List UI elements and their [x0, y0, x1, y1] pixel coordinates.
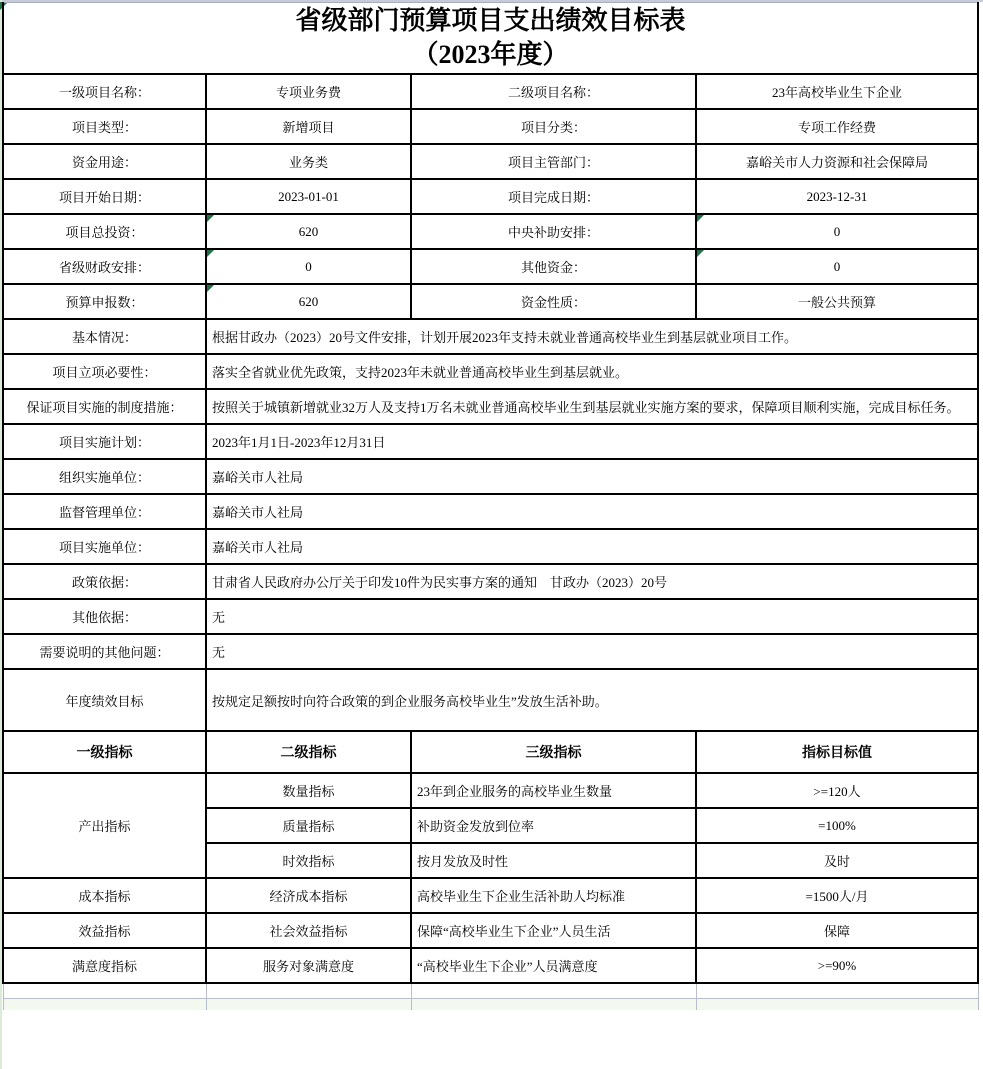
- indicator-level1-cell: 产出指标: [3, 773, 206, 878]
- info-label-cell: 项目开始日期：: [3, 179, 206, 214]
- info-label-cell: 省级财政安排：: [3, 249, 206, 284]
- info-value-cell: 23年高校毕业生下企业: [696, 74, 978, 109]
- indicator-target-cell: =1500人/月: [696, 878, 978, 913]
- info-label-cell: 项目总投资：: [3, 214, 206, 249]
- detail-label-cell: 监督管理单位：: [3, 494, 206, 529]
- indicator-level3-cell: 高校毕业生下企业生活补助人均标准: [411, 878, 696, 913]
- info-value-cell: 620: [206, 214, 411, 249]
- indicator-target-cell: >=120人: [696, 773, 978, 808]
- table-row: 项目立项必要性： 落实全省就业优先政策，支持2023年未就业普通高校毕业生到基层…: [3, 354, 978, 389]
- detail-label-cell: 项目实施计划：: [3, 424, 206, 459]
- title-line2: （2023年度）: [7, 38, 974, 72]
- indicator-row: 满意度指标 服务对象满意度 “高校毕业生下企业”人员满意度 >=90%: [3, 948, 978, 983]
- empty-cell: [3, 983, 206, 999]
- indicator-level2-cell: 服务对象满意度: [206, 948, 411, 983]
- cell-value: 0: [834, 259, 841, 274]
- indicator-level1-cell: 效益指标: [3, 913, 206, 948]
- spreadsheet-page: { "title": { "line1": "省级部门预算项目支出绩效目标表",…: [0, 0, 983, 1069]
- indicator-row: 产出指标 数量指标 23年到企业服务的高校毕业生数量 >=120人: [3, 773, 978, 808]
- title-line1: 省级部门预算项目支出绩效目标表: [7, 4, 974, 38]
- info-value-cell: 专项业务费: [206, 74, 411, 109]
- detail-value-cell: 嘉峪关市人社局: [206, 529, 978, 564]
- info-value-cell: 0: [696, 249, 978, 284]
- indicator-level3-cell: “高校毕业生下企业”人员满意度: [411, 948, 696, 983]
- info-label-cell: 项目完成日期：: [411, 179, 696, 214]
- detail-label-cell: 项目立项必要性：: [3, 354, 206, 389]
- table-row: 资金用途： 业务类 项目主管部门： 嘉峪关市人力资源和社会保障局: [3, 144, 978, 179]
- detail-value-cell: 根据甘政办（2023）20号文件安排，计划开展2023年支持未就业普通高校毕业生…: [206, 319, 978, 354]
- indicator-level2-cell: 经济成本指标: [206, 878, 411, 913]
- info-label-cell: 资金用途：: [3, 144, 206, 179]
- table-row: 一级项目名称： 专项业务费 二级项目名称： 23年高校毕业生下企业: [3, 74, 978, 109]
- cell-value: 0: [305, 259, 312, 274]
- empty-cell: [411, 999, 696, 1011]
- indicator-header-cell: 一级指标: [3, 731, 206, 773]
- cell-error-marker-icon: [697, 250, 704, 257]
- indicator-level3-cell: 23年到企业服务的高校毕业生数量: [411, 773, 696, 808]
- table-row: 项目总投资： 620 中央补助安排： 0: [3, 214, 978, 249]
- cell-value: 620: [299, 294, 319, 309]
- empty-cell: [411, 983, 696, 999]
- info-value-cell: 0: [696, 214, 978, 249]
- info-label-cell: 其他资金：: [411, 249, 696, 284]
- detail-label-cell: 组织实施单位：: [3, 459, 206, 494]
- detail-value-cell: 无: [206, 634, 978, 669]
- annual-goal-row: 年度绩效目标 按规定足额按时向符合政策的到企业服务高校毕业生”发放生活补助。: [3, 669, 978, 731]
- table-row: 政策依据： 甘肃省人民政府办公厅关于印发10件为民实事方案的通知 甘政办（202…: [3, 564, 978, 599]
- empty-cell: [206, 999, 411, 1011]
- indicator-header-cell: 指标目标值: [696, 731, 978, 773]
- indicator-row: 效益指标 社会效益指标 保障“高校毕业生下企业”人员生活 保障: [3, 913, 978, 948]
- info-label-cell: 中央补助安排：: [411, 214, 696, 249]
- table-row: 项目实施计划： 2023年1月1日-2023年12月31日: [3, 424, 978, 459]
- indicator-row: 成本指标 经济成本指标 高校毕业生下企业生活补助人均标准 =1500人/月: [3, 878, 978, 913]
- indicator-level2-cell: 社会效益指标: [206, 913, 411, 948]
- detail-value-cell: 甘肃省人民政府办公厅关于印发10件为民实事方案的通知 甘政办（2023）20号: [206, 564, 978, 599]
- info-value-cell: 2023-12-31: [696, 179, 978, 214]
- indicator-level2-cell: 质量指标: [206, 808, 411, 843]
- info-value-cell: 2023-01-01: [206, 179, 411, 214]
- info-label-cell: 二级项目名称：: [411, 74, 696, 109]
- page-title: 省级部门预算项目支出绩效目标表 （2023年度）: [3, 3, 978, 75]
- indicator-header-row: 一级指标 二级指标 三级指标 指标目标值: [3, 731, 978, 773]
- info-label-cell: 项目分类：: [411, 109, 696, 144]
- goal-label-cell: 年度绩效目标: [3, 669, 206, 731]
- cell-error-marker-icon: [207, 285, 214, 292]
- cell-value: 0: [834, 224, 841, 239]
- budget-performance-table-container: 省级部门预算项目支出绩效目标表 （2023年度） 一级项目名称： 专项业务费 二…: [2, 2, 979, 1010]
- indicator-level1-cell: 成本指标: [3, 878, 206, 913]
- indicator-header-cell: 三级指标: [411, 731, 696, 773]
- table-row: 监督管理单位： 嘉峪关市人社局: [3, 494, 978, 529]
- empty-cell: [696, 999, 978, 1011]
- detail-label-cell: 保证项目实施的制度措施：: [3, 389, 206, 424]
- table-row: 需要说明的其他问题： 无: [3, 634, 978, 669]
- indicator-level3-cell: 保障“高校毕业生下企业”人员生活: [411, 913, 696, 948]
- table-row: 保证项目实施的制度措施： 按照关于城镇新增就业32万人及支持1万名未就业普通高校…: [3, 389, 978, 424]
- table-row: 项目类型： 新增项目 项目分类： 专项工作经费: [3, 109, 978, 144]
- detail-label-cell: 项目实施单位：: [3, 529, 206, 564]
- indicator-level3-cell: 补助资金发放到位率: [411, 808, 696, 843]
- info-label-cell: 项目主管部门：: [411, 144, 696, 179]
- table-row: 项目实施单位： 嘉峪关市人社局: [3, 529, 978, 564]
- info-value-cell: 新增项目: [206, 109, 411, 144]
- info-label-cell: 一级项目名称：: [3, 74, 206, 109]
- empty-grid-row: [3, 999, 978, 1011]
- info-value-cell: 专项工作经费: [696, 109, 978, 144]
- info-label-cell: 预算申报数：: [3, 284, 206, 319]
- detail-value-cell: 无: [206, 599, 978, 634]
- cell-error-marker-icon: [207, 250, 214, 257]
- empty-cell: [3, 999, 206, 1011]
- indicator-level2-cell: 数量指标: [206, 773, 411, 808]
- detail-label-cell: 其他依据：: [3, 599, 206, 634]
- info-value-cell: 620: [206, 284, 411, 319]
- empty-cell: [696, 983, 978, 999]
- cell-error-marker-icon: [207, 215, 214, 222]
- empty-cell: [206, 983, 411, 999]
- indicator-target-cell: 及时: [696, 843, 978, 878]
- indicator-level1-cell: 满意度指标: [3, 948, 206, 983]
- detail-label-cell: 基本情况：: [3, 319, 206, 354]
- info-label-cell: 项目类型：: [3, 109, 206, 144]
- indicator-target-cell: 保障: [696, 913, 978, 948]
- goal-value-cell: 按规定足额按时向符合政策的到企业服务高校毕业生”发放生活补助。: [206, 669, 978, 731]
- indicator-level3-cell: 按月发放及时性: [411, 843, 696, 878]
- table-row: 其他依据： 无: [3, 599, 978, 634]
- detail-value-cell: 2023年1月1日-2023年12月31日: [206, 424, 978, 459]
- detail-value-cell: 嘉峪关市人社局: [206, 459, 978, 494]
- info-label-cell: 资金性质：: [411, 284, 696, 319]
- title-row: 省级部门预算项目支出绩效目标表 （2023年度）: [3, 3, 978, 75]
- detail-value-cell: 嘉峪关市人社局: [206, 494, 978, 529]
- indicator-target-cell: >=90%: [696, 948, 978, 983]
- detail-value-cell: 按照关于城镇新增就业32万人及支持1万名未就业普通高校毕业生到基层就业实施方案的…: [206, 389, 978, 424]
- info-value-cell: 业务类: [206, 144, 411, 179]
- detail-label-cell: 需要说明的其他问题：: [3, 634, 206, 669]
- table-row: 组织实施单位： 嘉峪关市人社局: [3, 459, 978, 494]
- detail-label-cell: 政策依据：: [3, 564, 206, 599]
- indicator-level2-cell: 时效指标: [206, 843, 411, 878]
- table-row: 项目开始日期： 2023-01-01 项目完成日期： 2023-12-31: [3, 179, 978, 214]
- empty-grid-row: [3, 983, 978, 999]
- info-value-cell: 0: [206, 249, 411, 284]
- table-row: 预算申报数： 620 资金性质： 一般公共预算: [3, 284, 978, 319]
- info-value-cell: 嘉峪关市人力资源和社会保障局: [696, 144, 978, 179]
- cell-value: 620: [299, 224, 319, 239]
- indicator-target-cell: =100%: [696, 808, 978, 843]
- table-row: 基本情况： 根据甘政办（2023）20号文件安排，计划开展2023年支持未就业普…: [3, 319, 978, 354]
- indicator-header-cell: 二级指标: [206, 731, 411, 773]
- detail-value-cell: 落实全省就业优先政策，支持2023年未就业普通高校毕业生到基层就业。: [206, 354, 978, 389]
- table-row: 省级财政安排： 0 其他资金： 0: [3, 249, 978, 284]
- info-value-cell: 一般公共预算: [696, 284, 978, 319]
- budget-performance-table: 省级部门预算项目支出绩效目标表 （2023年度） 一级项目名称： 专项业务费 二…: [2, 2, 979, 1010]
- cell-error-marker-icon: [697, 215, 704, 222]
